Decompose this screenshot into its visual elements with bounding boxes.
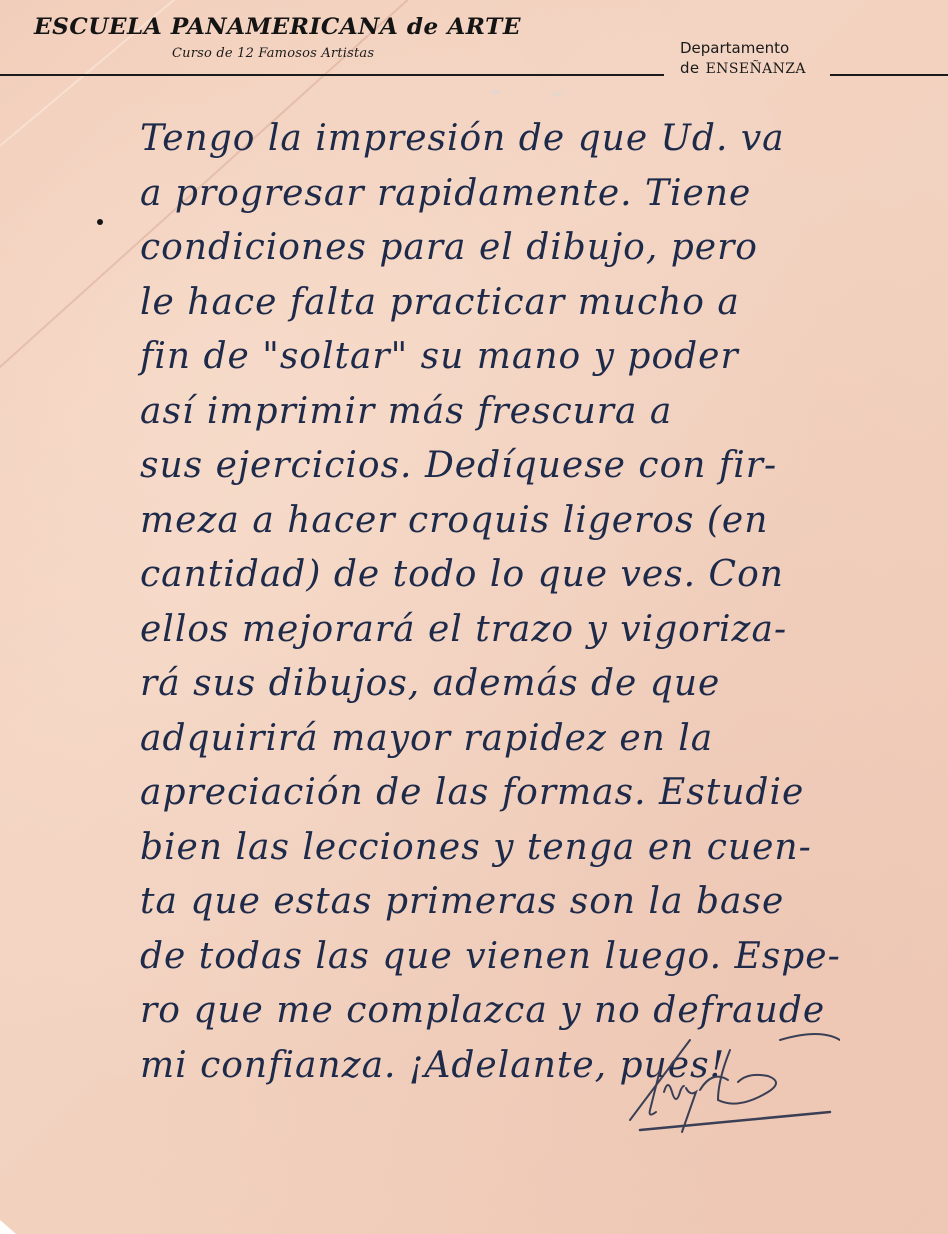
letter-line: así imprimir más frescura a — [140, 385, 948, 440]
letter-line: le hace falta practicar mucho a — [140, 276, 948, 331]
staple-mark — [490, 90, 500, 95]
department-name-line: deENSEÑANZA — [680, 58, 806, 79]
letter-line: Tengo la impresión de que Ud. va — [140, 112, 948, 167]
letter-line: apreciación de las formas. Estudie — [140, 766, 948, 821]
handwritten-letter: Tengo la impresión de que Ud. va a progr… — [140, 112, 948, 1093]
course-subtitle: Curso de 12 Famosos Artistas — [172, 46, 374, 61]
letter-line: meza a hacer croquis ligeros (en — [140, 494, 948, 549]
letter-line: cantidad) de todo lo que ves. Con — [140, 548, 948, 603]
letter-line: fin de "soltar" su mano y poder — [140, 330, 948, 385]
department-label: Departamento — [680, 38, 806, 58]
letter-line: bien las lecciones y tenga en cuen- — [140, 821, 948, 876]
letter-line: adquirirá mayor rapidez en la — [140, 712, 948, 767]
letter-line: sus ejercicios. Dedíquese con fir- — [140, 439, 948, 494]
department-name: ENSEÑANZA — [706, 61, 806, 77]
letter-line: condiciones para el dibujo, pero — [140, 221, 948, 276]
ink-dot — [97, 219, 103, 225]
header-rule-left — [0, 74, 664, 76]
signature — [620, 1030, 840, 1140]
letter-line: de todas las que vienen luego. Espe- — [140, 930, 948, 985]
department-prefix: de — [680, 59, 700, 77]
letter-line: ta que estas primeras son la base — [140, 875, 948, 930]
department-block: Departamento deENSEÑANZA — [680, 38, 806, 79]
letter-line: rá sus dibujos, además de que — [140, 657, 948, 712]
letter-line: a progresar rapidamente. Tiene — [140, 167, 948, 222]
school-name: ESCUELA PANAMERICANA de ARTE — [34, 14, 521, 40]
header-rule-right — [830, 74, 948, 76]
staple-mark — [552, 92, 562, 97]
letter-line: ellos mejorará el trazo y vigoriza- — [140, 603, 948, 658]
